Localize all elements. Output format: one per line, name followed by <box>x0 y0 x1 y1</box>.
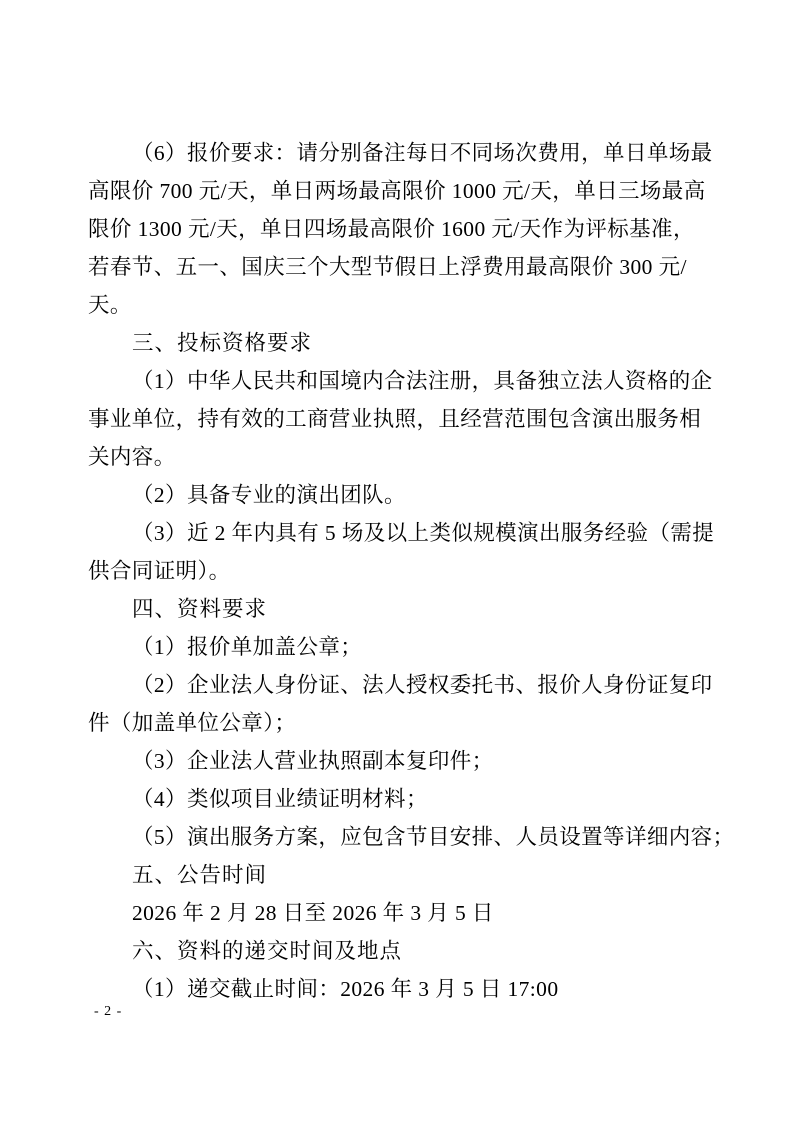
text-line: （1）递交截止时间：2026 年 3 月 5 日 17:00 <box>88 970 706 1008</box>
page-number: - 2 - <box>94 1002 122 1022</box>
text-line: 2026 年 2 月 28 日至 2026 年 3 月 5 日 <box>88 894 706 932</box>
text-line: 天。 <box>88 286 706 324</box>
section-heading: 三、投标资格要求 <box>88 324 706 362</box>
text-line: （1）中华人民共和国境内合法注册，具备独立法人资格的企 <box>88 362 706 400</box>
section-heading: 六、资料的递交时间及地点 <box>88 932 706 970</box>
text-line: （3）近 2 年内具有 5 场及以上类似规模演出服务经验（需提 <box>88 514 706 552</box>
text-line: （6）报价要求：请分别备注每日不同场次费用，单日单场最 <box>88 134 706 172</box>
text-line: （2）具备专业的演出团队。 <box>88 476 706 514</box>
document-page: （6）报价要求：请分别备注每日不同场次费用，单日单场最 高限价 700 元/天，… <box>0 0 793 1122</box>
text-line: 事业单位，持有效的工商营业执照，且经营范围包含演出服务相 <box>88 400 706 438</box>
document-body: （6）报价要求：请分别备注每日不同场次费用，单日单场最 高限价 700 元/天，… <box>88 134 706 1008</box>
text-line: （3）企业法人营业执照副本复印件； <box>88 742 706 780</box>
section-heading: 五、公告时间 <box>88 856 706 894</box>
text-line: （4）类似项目业绩证明材料； <box>88 780 706 818</box>
text-line: （1）报价单加盖公章； <box>88 628 706 666</box>
text-line: 关内容。 <box>88 438 706 476</box>
text-line: 件（加盖单位公章）； <box>88 704 706 742</box>
section-heading: 四、资料要求 <box>88 590 706 628</box>
text-line: 高限价 700 元/天，单日两场最高限价 1000 元/天，单日三场最高 <box>88 172 706 210</box>
text-line: 若春节、五一、国庆三个大型节假日上浮费用最高限价 300 元/ <box>88 248 706 286</box>
text-line: （5）演出服务方案，应包含节目安排、人员设置等详细内容； <box>88 818 706 856</box>
text-line: （2）企业法人身份证、法人授权委托书、报价人身份证复印 <box>88 666 706 704</box>
text-line: 限价 1300 元/天，单日四场最高限价 1600 元/天作为评标基准， <box>88 210 706 248</box>
text-line: 供合同证明）。 <box>88 552 706 590</box>
